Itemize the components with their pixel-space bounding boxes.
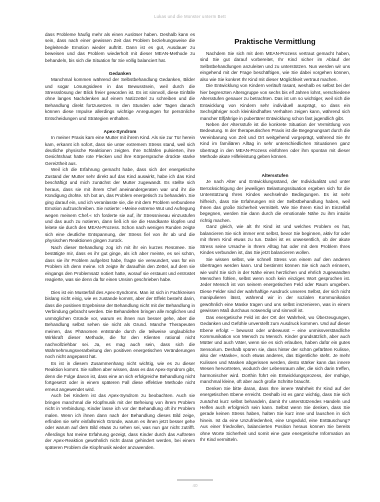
left-column: dass Probleme häufig mehr als einen Ausl… xyxy=(45,32,195,451)
paragraph: Neben der Altersstufe ist die konkrete S… xyxy=(200,122,350,161)
paragraph: Das energetische Feld ist der Ort der Wa… xyxy=(200,315,350,386)
chapter-title: Praktische Vermittlung xyxy=(200,37,350,47)
paragraph: Ganz gleich, wie alt Ihr Kind ist und we… xyxy=(200,224,350,256)
paragraph: Nachdem Sie sich mit dem MEAN-Prozess ve… xyxy=(200,51,350,83)
paragraph: Weil ich die Erfahrung gemacht habe, das… xyxy=(45,167,195,244)
paragraph: Sie wissen selbst, wie schnell Stress vo… xyxy=(200,257,350,315)
footer-divider xyxy=(177,479,213,481)
paragraph: Nach dieser Behandlung zog ich mit ihr e… xyxy=(45,245,195,284)
intro-paragraph: dass Probleme häufig mehr als einen Ausl… xyxy=(45,32,195,64)
paragraph: In meiner Praxis kam eine Mutter mit ihr… xyxy=(45,135,195,167)
right-column: Praktische Vermittlung Nachdem Sie sich … xyxy=(200,32,350,444)
paragraph: Manchmal kommen während der Selbstbehand… xyxy=(45,77,195,122)
page-number: 40 xyxy=(177,483,213,488)
paragraph: Die Entwicklung von Kindern verläuft ras… xyxy=(200,83,350,122)
paragraph: Es ist in diesem Zusammenhang nicht wich… xyxy=(45,361,195,393)
paragraph: Je nach Alter und Entwicklungsstand, der… xyxy=(200,179,350,224)
paragraph: Dies ist ein Musterfall des Apex-Syndrom… xyxy=(45,290,195,361)
paragraph: Auch bei Kindern ist das Apex-Syndrom zu… xyxy=(45,393,195,451)
running-header: Lukas und die Monster unterm Bett xyxy=(0,14,380,19)
paragraph: Denken Sie bitte daran, dass Ihre innere… xyxy=(200,386,350,444)
